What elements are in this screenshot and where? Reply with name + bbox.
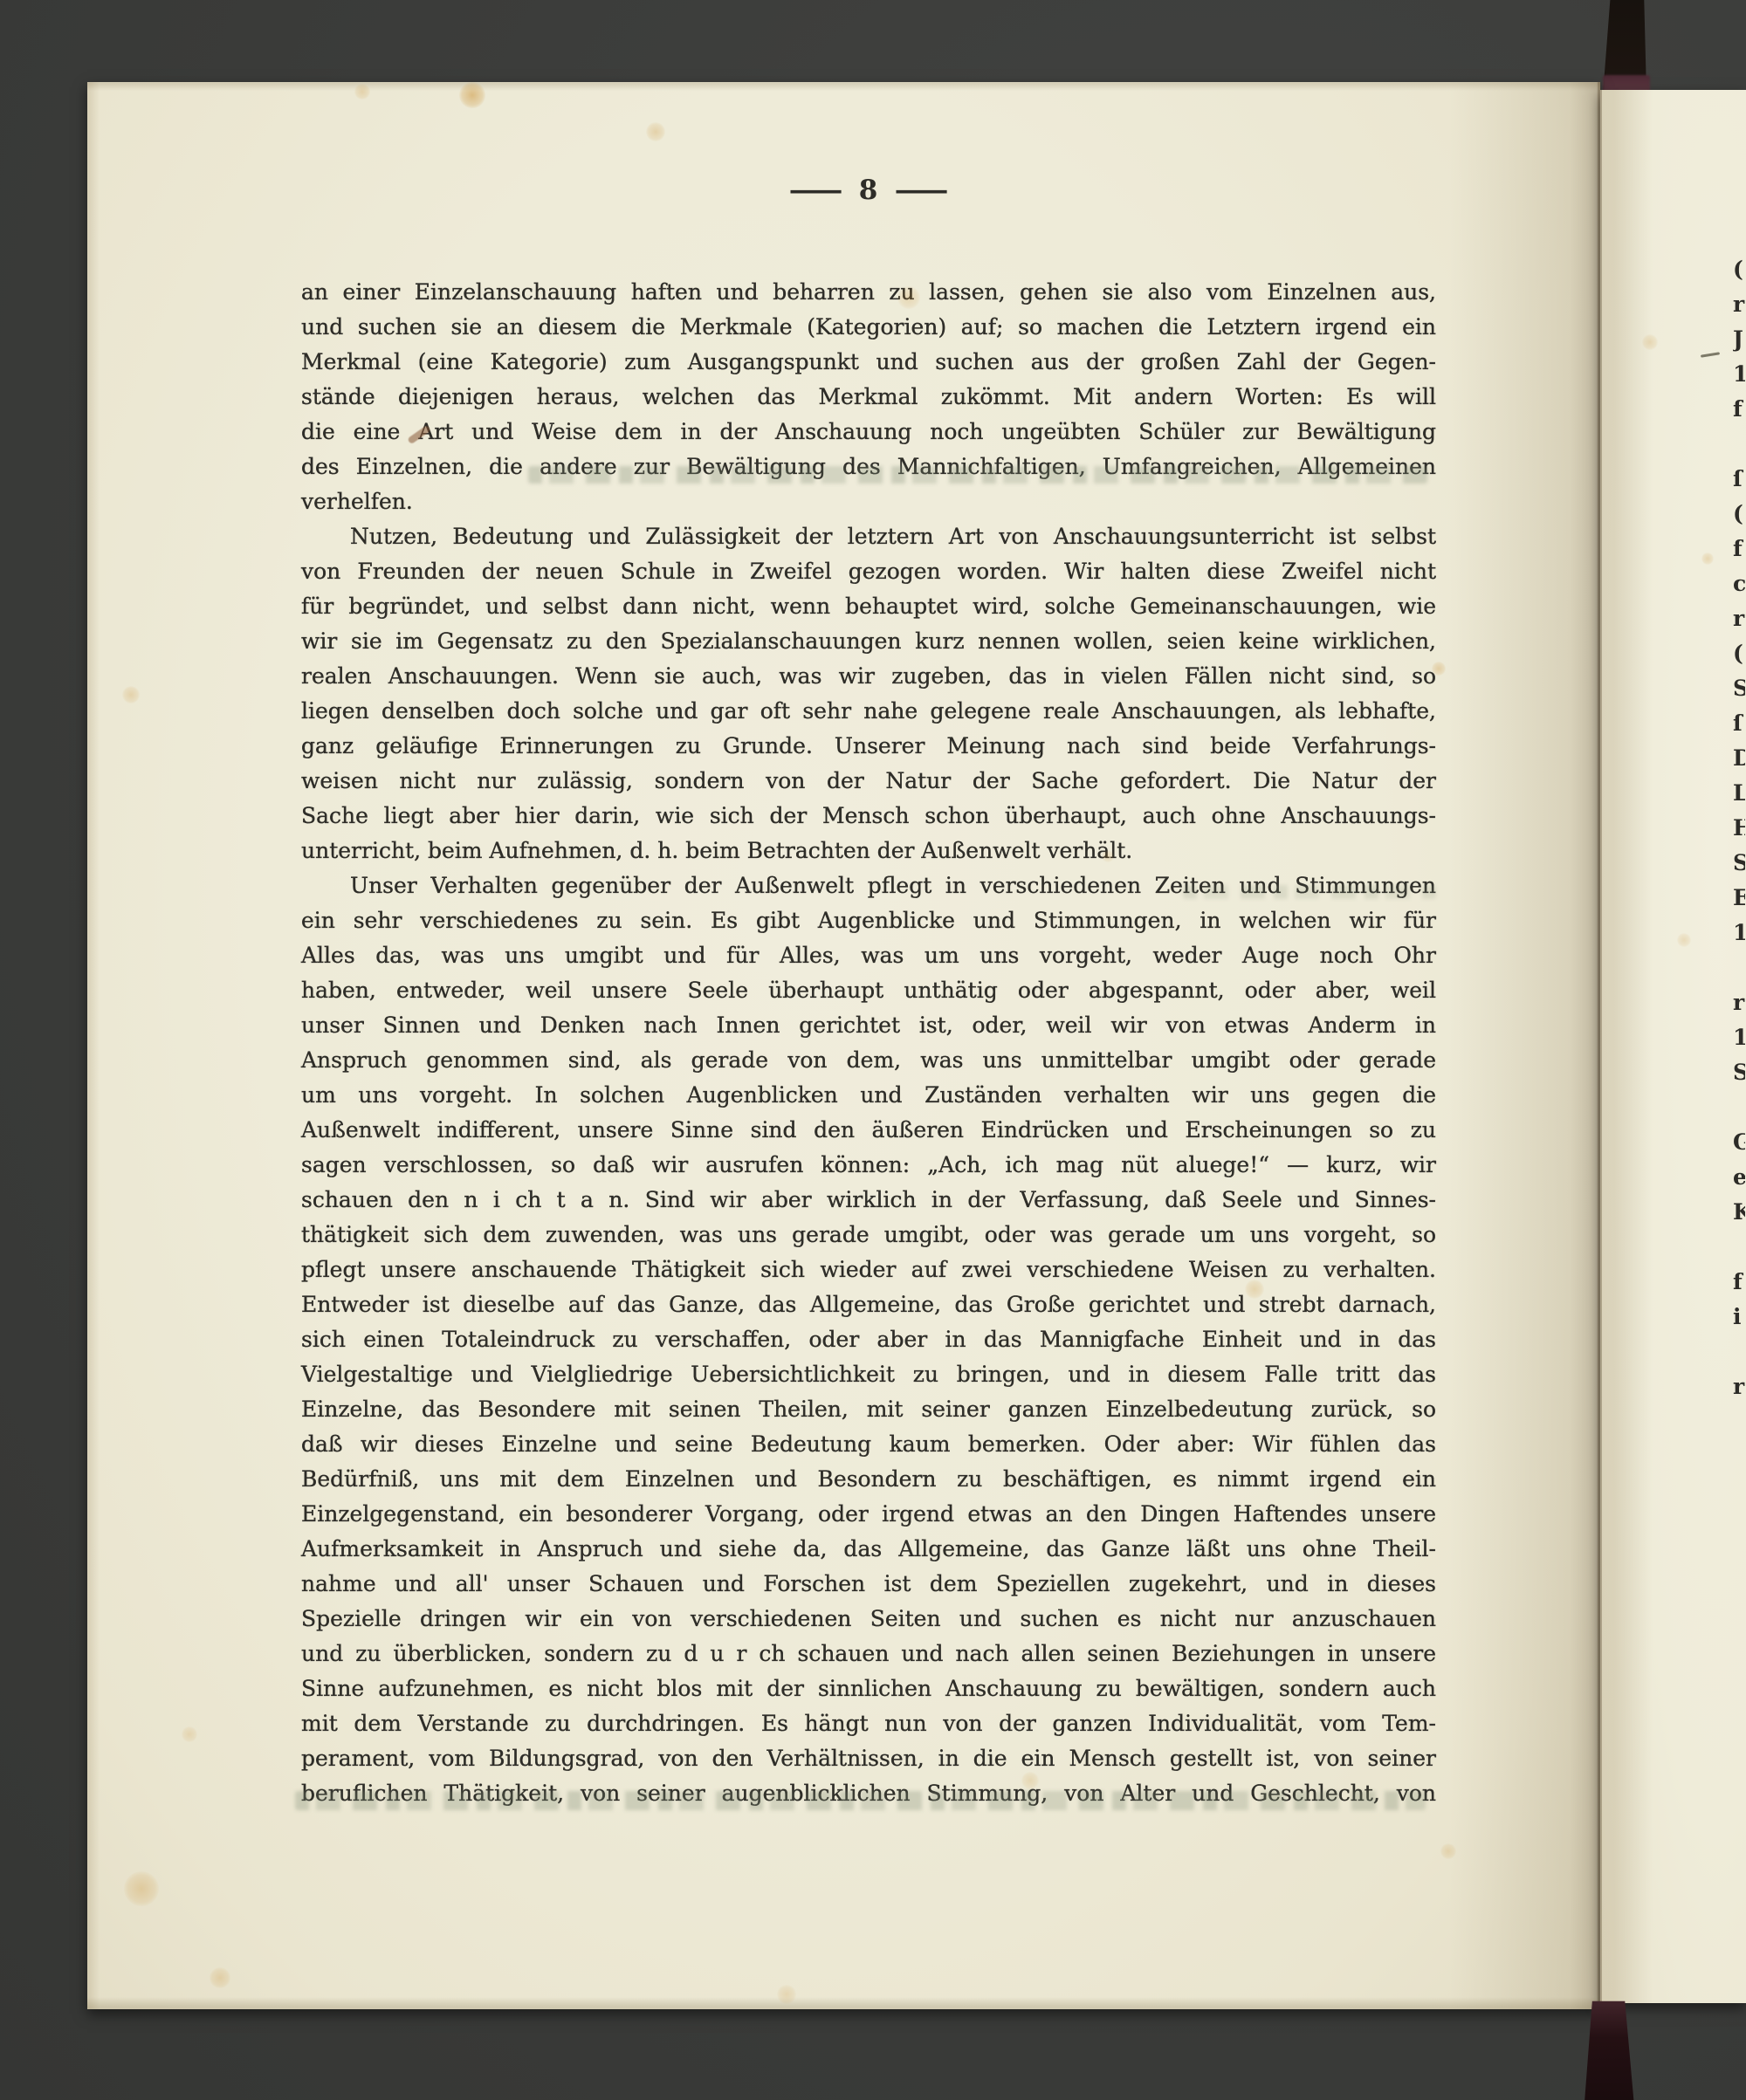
- text-line: für begründet, und selbst dann nicht, we…: [301, 589, 1436, 624]
- fragment-line: [1733, 950, 1745, 985]
- text-line: wir sie im Gegensatz zu den Spezialansch…: [301, 624, 1436, 659]
- fragment-line: f: [1733, 392, 1745, 427]
- text-line: thätigkeit sich dem zuwenden, was uns ge…: [301, 1218, 1436, 1252]
- text-line: Sinne aufzunehmen, es nicht blos mit der…: [301, 1671, 1436, 1706]
- fragment-line: e: [1733, 1160, 1745, 1195]
- ghost-showthrough-line: [528, 466, 1427, 484]
- foxing-spot: [122, 686, 140, 703]
- fragment-line: c: [1733, 566, 1745, 601]
- fragment-line: (: [1733, 636, 1745, 671]
- text-line: Einzelgegenstand, ein besonderer Vorgang…: [301, 1497, 1436, 1532]
- fragment-line: H: [1733, 811, 1745, 846]
- text-line: haben, entweder, weil unsere Seele überh…: [301, 973, 1436, 1008]
- text-line: Einzelne, das Besondere mit seinen Theil…: [301, 1392, 1436, 1427]
- foxing-spot: [777, 1985, 796, 2004]
- text-line: und suchen sie an diesem die Merkmale (K…: [301, 310, 1436, 345]
- fragment-line: f: [1733, 1265, 1745, 1300]
- book-scan-scene: —8— an einer Einzelanschauung haften und…: [0, 0, 1746, 2100]
- text-line: perament, vom Bildungsgrad, von den Verh…: [301, 1741, 1436, 1776]
- text-line: weisen nicht nur zulässig, sondern von d…: [301, 764, 1436, 799]
- foxing-spot: [1102, 850, 1114, 862]
- text-line: mit dem Verstande zu durchdringen. Es hä…: [301, 1706, 1436, 1741]
- text-line: unser Sinnen und Denken nach Innen geric…: [301, 1008, 1436, 1043]
- text-line: Entweder ist dieselbe auf das Ganze, das…: [301, 1287, 1436, 1322]
- fragment-line: ſ: [1733, 462, 1745, 497]
- foxing-spot: [182, 1726, 197, 1742]
- text-line: an einer Einzelanschauung haften und beh…: [301, 275, 1436, 310]
- fragment-line: 1: [1733, 916, 1745, 950]
- foxing-spot: [459, 82, 485, 108]
- foxing-spot: [1245, 1280, 1264, 1299]
- text-line: daß wir dieses Einzelne und seine Bedeut…: [301, 1427, 1436, 1462]
- fragment-line: S: [1733, 846, 1745, 881]
- foxing-spot: [1701, 552, 1714, 565]
- foxing-spot: [646, 122, 665, 141]
- text-line: sich einen Totaleindruck zu verschaffen,…: [301, 1322, 1436, 1357]
- text-line: von Freunden der neuen Schule in Zweifel…: [301, 554, 1436, 589]
- fragment-line: E: [1733, 881, 1745, 916]
- fragment-line: [1733, 427, 1745, 462]
- foxing-spot: [897, 286, 920, 309]
- header-dash-right: —: [893, 175, 950, 206]
- fragment-line: r: [1733, 287, 1745, 322]
- fragment-line: [1733, 1090, 1745, 1125]
- next-page-text-fragments: (rJ1fſ(fcr(SſDLHSE1r1SGeKfir: [1733, 252, 1745, 1439]
- text-line: Alles das, was uns umgibt und für Alles,…: [301, 938, 1436, 973]
- header-dash-left: —: [787, 175, 844, 206]
- text-block: an einer Einzelanschauung haften und beh…: [301, 275, 1436, 1811]
- text-line: um uns vorgeht. In solchen Augenblicken …: [301, 1078, 1436, 1113]
- fragment-line: D: [1733, 741, 1745, 776]
- fragment-line: (: [1733, 252, 1745, 287]
- fragment-line: ſ: [1733, 706, 1745, 741]
- fragment-line: [1733, 1335, 1745, 1369]
- text-line: Aufmerksamkeit in Anspruch und siehe da,…: [301, 1532, 1436, 1567]
- foxing-spot: [1021, 1772, 1039, 1789]
- text-line: Bedürfniß, uns mit dem Einzelnen und Bes…: [301, 1462, 1436, 1497]
- pencil-dash-mark: [1701, 352, 1720, 357]
- next-page-edge: (rJ1fſ(fcr(SſDLHSE1r1SGeKfir: [1600, 90, 1746, 2003]
- text-line: Spezielle dringen wir ein von verschiede…: [301, 1602, 1436, 1637]
- fragment-line: K: [1733, 1195, 1745, 1230]
- fragment-line: [1733, 1230, 1745, 1265]
- fragment-line: L: [1733, 776, 1745, 811]
- foxing-spot: [354, 84, 370, 100]
- fragment-line: G: [1733, 1125, 1745, 1160]
- text-line: nahme und all' unser Schauen und Forsche…: [301, 1567, 1436, 1602]
- text-line: Anspruch genommen sind, als gerade von d…: [301, 1043, 1436, 1078]
- text-line: verhelfen.: [301, 484, 1436, 519]
- fragment-line: S: [1733, 1055, 1745, 1090]
- text-line: schauen den n i ch t a n. Sind wir aber …: [301, 1183, 1436, 1218]
- fragment-line: r: [1733, 1369, 1745, 1404]
- text-line: ganz geläufige Erinnerungen zu Grunde. U…: [301, 729, 1436, 764]
- main-page: —8— an einer Einzelanschauung haften und…: [87, 82, 1600, 2009]
- fragment-line: S: [1733, 671, 1745, 706]
- text-line: und zu überblicken, sondern zu d u r ch …: [301, 1637, 1436, 1671]
- foxing-spot: [1432, 662, 1446, 676]
- ghost-showthrough-line: [295, 1791, 1426, 1810]
- text-line: sagen verschlossen, so daß wir ausrufen …: [301, 1148, 1436, 1183]
- fragment-line: r: [1733, 601, 1745, 636]
- text-line: Vielgestaltige und Vielgliedrige Uebersi…: [301, 1357, 1436, 1392]
- text-line: pflegt unsere anschauende Thätigkeit sic…: [301, 1252, 1436, 1287]
- foxing-spot: [124, 1871, 159, 1906]
- text-line: Nutzen, Bedeutung und Zulässigkeit der l…: [301, 519, 1436, 554]
- fragment-line: (: [1733, 497, 1745, 532]
- fragment-line: [1733, 1404, 1745, 1439]
- text-line: die eine Art und Weise dem in der Anscha…: [301, 415, 1436, 450]
- text-line: ein sehr verschiedenes zu sein. Es gibt …: [301, 903, 1436, 938]
- page-header: —8—: [301, 175, 1436, 206]
- foxing-spot: [1440, 1843, 1456, 1859]
- spine-bottom-maroon: [1578, 1997, 1641, 2100]
- text-line: Außenwelt indifferent, unsere Sinne sind…: [301, 1113, 1436, 1148]
- fragment-line: 1: [1733, 357, 1745, 392]
- fragment-line: f: [1733, 532, 1745, 566]
- foxing-spot: [1642, 334, 1658, 350]
- text-line: realen Anschauungen. Wenn sie auch, was …: [301, 659, 1436, 694]
- text-line: Merkmal (eine Kategorie) zum Ausgangspun…: [301, 345, 1436, 380]
- ghost-showthrough-line: [1183, 885, 1436, 899]
- text-line: Sache liegt aber hier darin, wie sich de…: [301, 799, 1436, 834]
- foxing-spot: [1677, 933, 1691, 947]
- fragment-line: r: [1733, 985, 1745, 1020]
- page-number: 8: [859, 175, 879, 206]
- fragment-line: J: [1733, 322, 1745, 357]
- fragment-line: i: [1733, 1300, 1745, 1335]
- text-line: liegen denselben doch solche und gar oft…: [301, 694, 1436, 729]
- text-line: unterricht, beim Aufnehmen, d. h. beim B…: [301, 834, 1436, 868]
- fragment-line: 1: [1733, 1020, 1745, 1055]
- foxing-spot: [210, 1967, 230, 1988]
- text-line: stände diejenigen heraus, welchen das Me…: [301, 380, 1436, 415]
